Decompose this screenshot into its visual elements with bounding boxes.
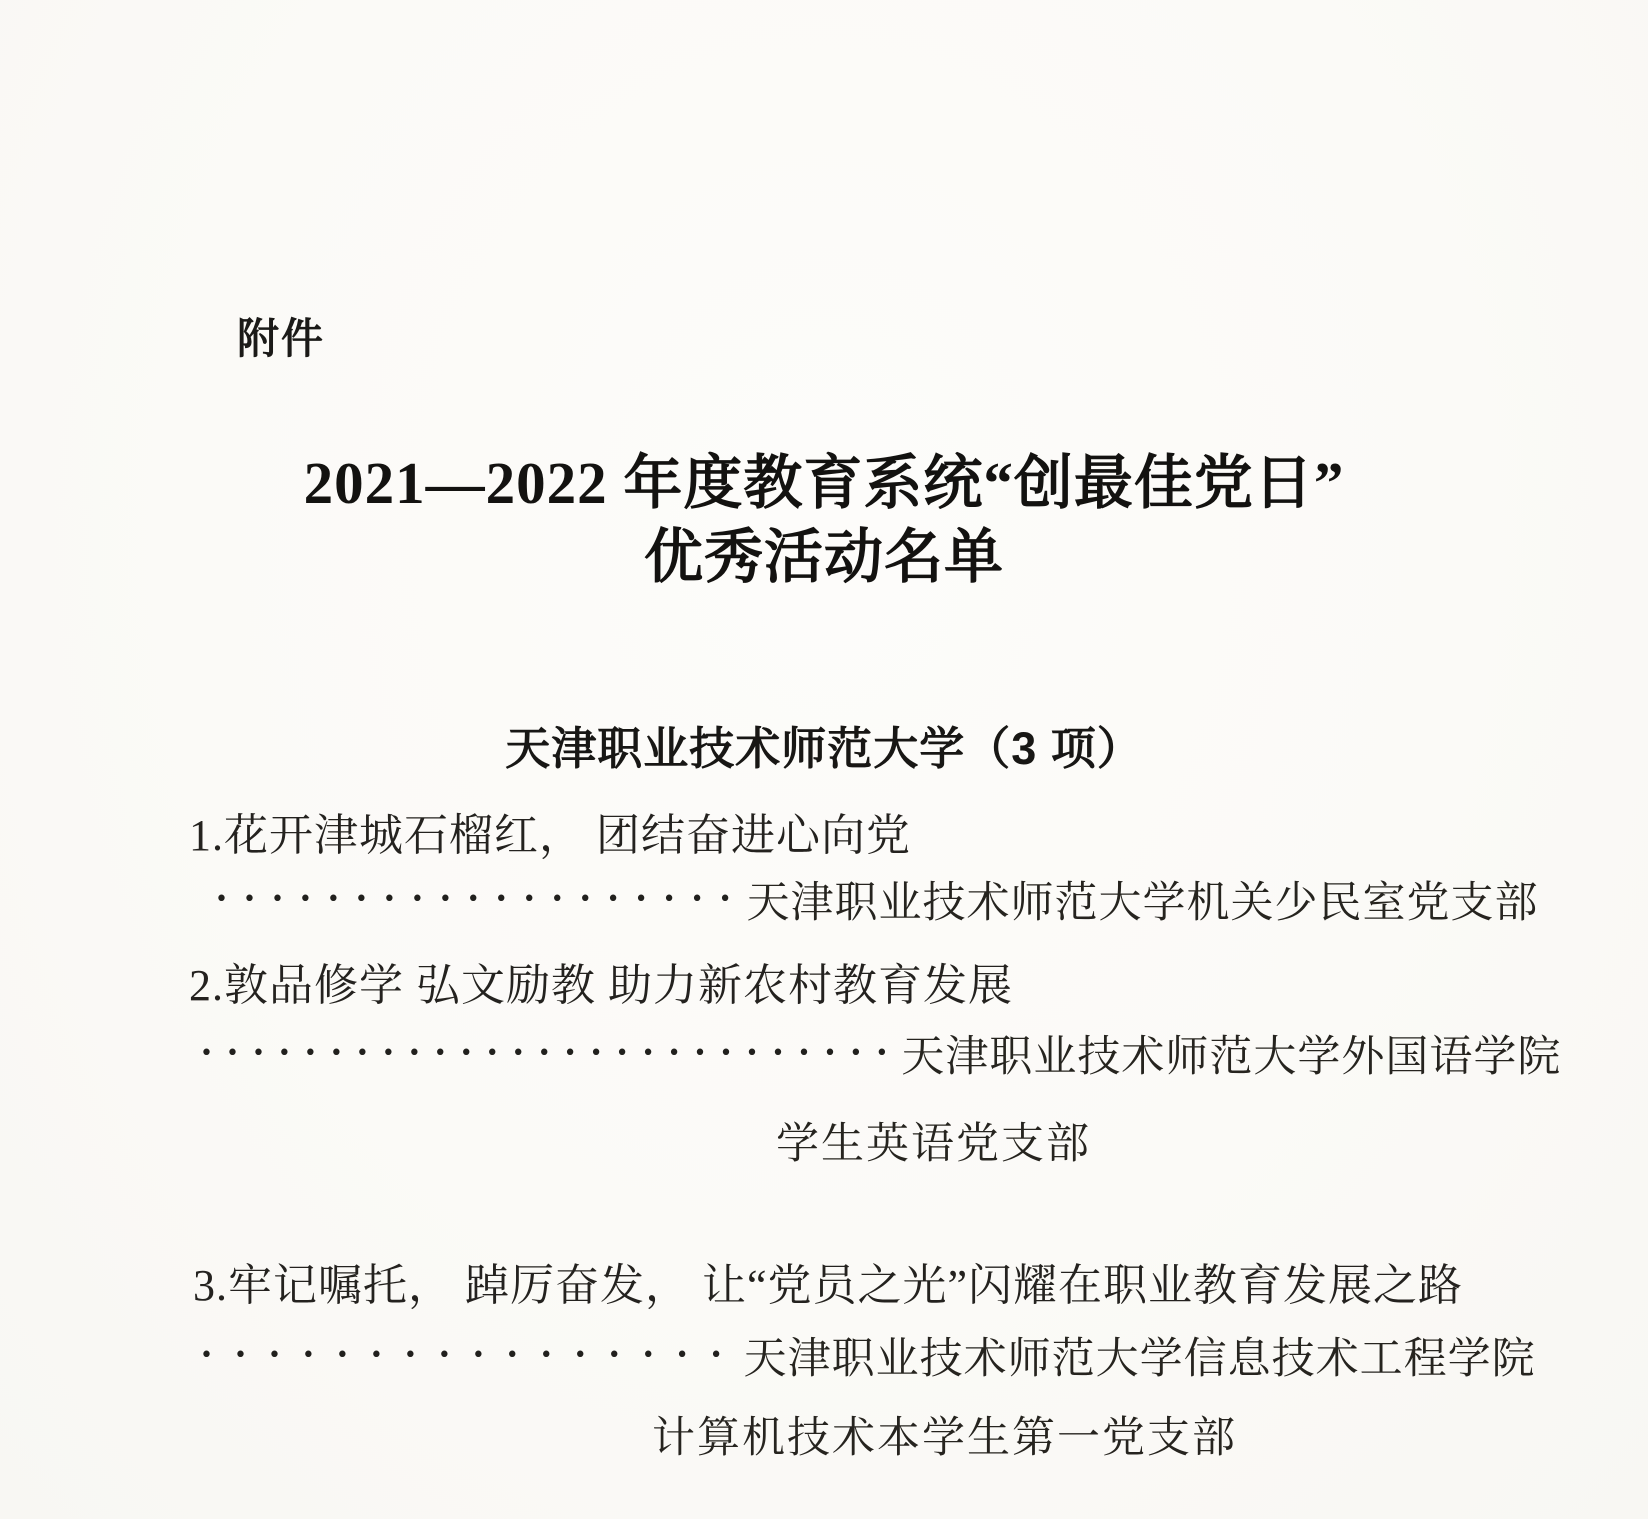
attachment-label: 附件 — [237, 306, 325, 366]
list-item-1-attribution-row: ••••••••••••••••••• 天津职业技术师范大学机关少民室党支部 — [215, 872, 1390, 926]
document-title-line1: 2021—2022 年度教育系统“创最佳党日” — [0, 446, 1648, 520]
section-header-university: 天津职业技术师范大学（3 项） — [0, 712, 1648, 777]
list-item-3-attribution-line2: 计算机技术本学生第一党支部 — [652, 1404, 1237, 1465]
document-title: 2021—2022 年度教育系统“创最佳党日” 优秀活动名单 — [0, 446, 1648, 594]
list-item-3-attribution: 天津职业技术师范大学信息技术工程学院 — [744, 1325, 1536, 1386]
list-item-1-title: 1.花开津城石榴红， 团结奋进心向党 — [189, 799, 911, 863]
document-title-line2: 优秀活动名单 — [0, 520, 1648, 594]
list-item-2-title: 2.敦品修学 弘文励教 助力新农村教育发展 — [189, 949, 1013, 1013]
leader-dots: ••••••••••••••••••••••••••• — [200, 1041, 901, 1066]
list-item-3-title: 3.牢记嘱托， 踔厉奋发， 让“党员之光”闪耀在职业教育发展之路 — [193, 1249, 1463, 1313]
list-item-2-attribution-line2: 学生英语党支部 — [776, 1110, 1091, 1171]
list-item-2-attribution-row: ••••••••••••••••••••••••••• 天津职业技术师范大学外国… — [200, 1026, 1390, 1080]
scanned-document-page: 附件 2021—2022 年度教育系统“创最佳党日” 优秀活动名单 天津职业技术… — [0, 0, 1648, 1519]
list-item-2-attribution: 天津职业技术师范大学外国语学院 — [901, 1023, 1561, 1084]
leader-dots: ••••••••••••••••••• — [215, 887, 747, 912]
list-item-3-attribution-row: •••••••••••••••• 天津职业技术师范大学信息技术工程学院 — [200, 1328, 1390, 1382]
list-item-1-attribution: 天津职业技术师范大学机关少民室党支部 — [747, 869, 1539, 930]
leader-dots: •••••••••••••••• — [200, 1343, 744, 1368]
